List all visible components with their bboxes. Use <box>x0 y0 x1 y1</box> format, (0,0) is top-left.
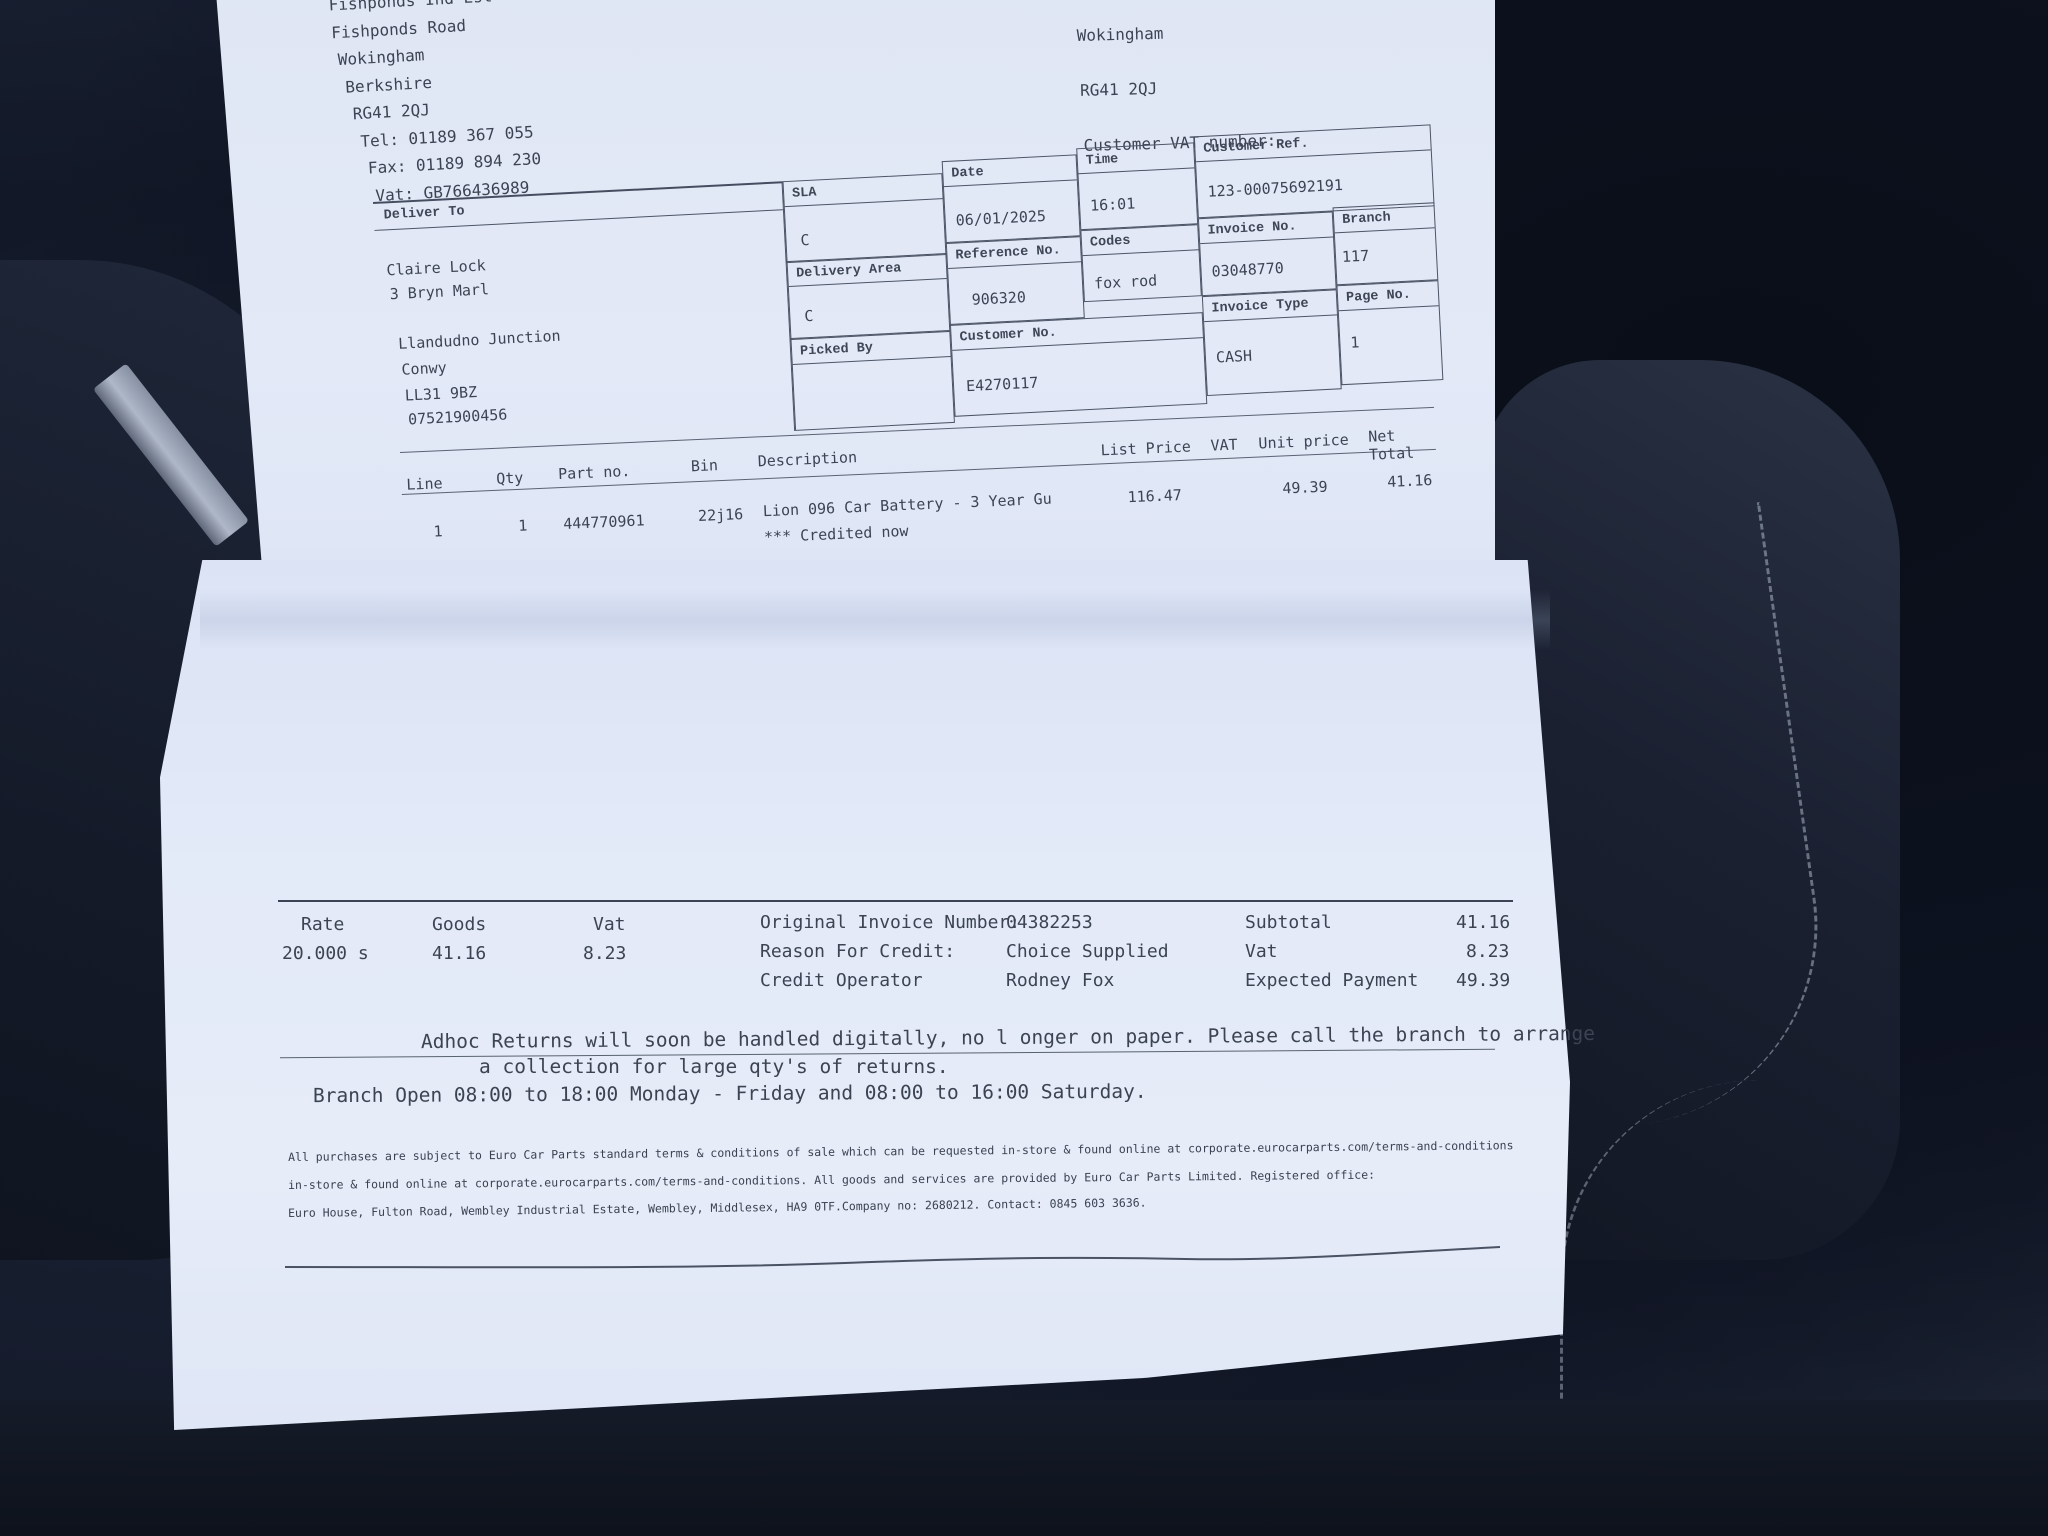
col-header-line: Line <box>406 474 443 494</box>
reason-label: Reason For Credit: <box>760 941 955 962</box>
vat-rate-value: 20.000 s <box>282 943 369 964</box>
col-header-unit-price: Unit price <box>1258 431 1349 453</box>
row-net-total: 41.16 <box>1387 471 1433 491</box>
date-cell: Date 06/01/2025 <box>942 154 1081 243</box>
branch-value: 117 <box>1342 247 1370 266</box>
col-header-part-no: Part no. <box>558 462 631 483</box>
page-no-cell: Page No. 1 <box>1336 280 1443 385</box>
row-line: 1 <box>433 522 443 540</box>
picked-by-cell: Picked By <box>790 331 954 431</box>
reference-no-cell: Reference No. 906320 <box>946 236 1085 325</box>
deliver-to-label: Deliver To <box>375 201 473 227</box>
branch-cell: Branch 117 <box>1333 202 1439 285</box>
invoice-type-cell: Invoice Type CASH <box>1202 289 1342 396</box>
col-header-net-total: Net Total <box>1368 425 1437 464</box>
branch-label: Branch <box>1334 207 1400 231</box>
expected-payment-label: Expected Payment <box>1245 970 1418 991</box>
deliver-to-name: Claire Lock <box>386 256 486 279</box>
deliver-to-county: Conwy <box>401 358 447 378</box>
row-part-no: 444770961 <box>563 511 645 533</box>
customer-no-value: E4270117 <box>966 374 1039 396</box>
row-qty: 1 <box>518 517 528 535</box>
page-no-value: 1 <box>1350 333 1360 351</box>
col-header-vat: VAT <box>1210 435 1238 454</box>
row-unit-price: 49.39 <box>1282 478 1328 498</box>
receipt-paper-bottom <box>160 560 1570 1430</box>
col-header-list-price: List Price <box>1100 438 1191 460</box>
goods-value: 41.16 <box>432 943 486 964</box>
branch-hours: Branch Open 08:00 to 18:00 Monday - Frid… <box>313 1080 1147 1107</box>
vat-summary-value: 8.23 <box>583 943 626 964</box>
delivery-area-cell: Delivery Area C <box>787 253 951 339</box>
original-invoice-value: 04382253 <box>1006 912 1093 933</box>
reference-no-value: 906320 <box>971 288 1026 309</box>
invoice-address-town: Wokingham <box>1076 3 1274 63</box>
page-no-label: Page No. <box>1338 284 1420 309</box>
credit-operator-label: Credit Operator <box>760 970 923 991</box>
customer-no-cell: Customer No. E4270117 <box>950 312 1207 417</box>
footer-divider <box>285 1245 1500 1275</box>
totals-vat-label: Vat <box>1245 941 1278 962</box>
credit-operator-value: Rodney Fox <box>1006 970 1114 991</box>
deliver-to-street: 3 Bryn Marl <box>389 280 489 303</box>
col-header-description: Description <box>757 448 857 470</box>
time-value: 16:01 <box>1090 194 1136 214</box>
customer-ref-value: 123-00075692191 <box>1207 176 1343 201</box>
delivery-area-value: C <box>804 307 814 325</box>
deliver-to-phone: 07521900456 <box>408 405 508 428</box>
deliver-to-town: Llandudno Junction <box>398 327 561 353</box>
subtotal-value: 41.16 <box>1456 912 1510 933</box>
codes-value: fox rod <box>1094 271 1158 292</box>
totals-vat-value: 8.23 <box>1466 941 1509 962</box>
subtotal-label: Subtotal <box>1245 912 1332 933</box>
col-header-qty: Qty <box>496 469 524 488</box>
sla-label: SLA <box>784 182 825 205</box>
col-header-bin: Bin <box>691 456 719 475</box>
time-label: Time <box>1077 149 1126 172</box>
row-note: *** Credited now <box>764 522 909 546</box>
reason-value: Choice Supplied <box>1006 941 1169 962</box>
sla-value: C <box>800 231 810 249</box>
deliver-to-postcode: LL31 9BZ <box>404 383 477 405</box>
invoice-type-value: CASH <box>1216 347 1253 367</box>
codes-label: Codes <box>1081 230 1139 254</box>
original-invoice-label: Original Invoice Number: <box>760 912 1020 933</box>
row-list-price: 116.47 <box>1127 486 1182 506</box>
codes-cell: Codes fox rod <box>1080 224 1201 302</box>
vat-summary-label: Vat <box>593 914 626 935</box>
invoice-address-postcode: RG41 2QJ <box>1079 58 1275 118</box>
row-bin: 22j16 <box>698 505 744 525</box>
row-description: Lion 096 Car Battery - 3 Year Gu <box>763 490 1052 521</box>
expected-payment-value: 49.39 <box>1456 970 1510 991</box>
paper-fold <box>200 590 1550 650</box>
invoice-no-value: 03048770 <box>1211 259 1284 281</box>
vat-rate-label: Rate <box>301 914 344 935</box>
invoice-no-cell: Invoice No. 03048770 <box>1198 211 1337 296</box>
date-label: Date <box>943 162 992 185</box>
date-value: 06/01/2025 <box>955 207 1046 230</box>
deliver-to-box: Deliver To Claire Lock 3 Bryn Marl Lland… <box>373 181 795 451</box>
returns-notice-line2: a collection for large qty's of returns. <box>479 1055 949 1078</box>
time-cell: Time 16:01 <box>1076 142 1198 230</box>
sla-cell: SLA C <box>782 173 946 263</box>
invoice-header-grid: Deliver To Claire Lock 3 Bryn Marl Lland… <box>372 128 1444 451</box>
goods-label: Goods <box>432 914 486 935</box>
summary-divider <box>278 900 1513 902</box>
